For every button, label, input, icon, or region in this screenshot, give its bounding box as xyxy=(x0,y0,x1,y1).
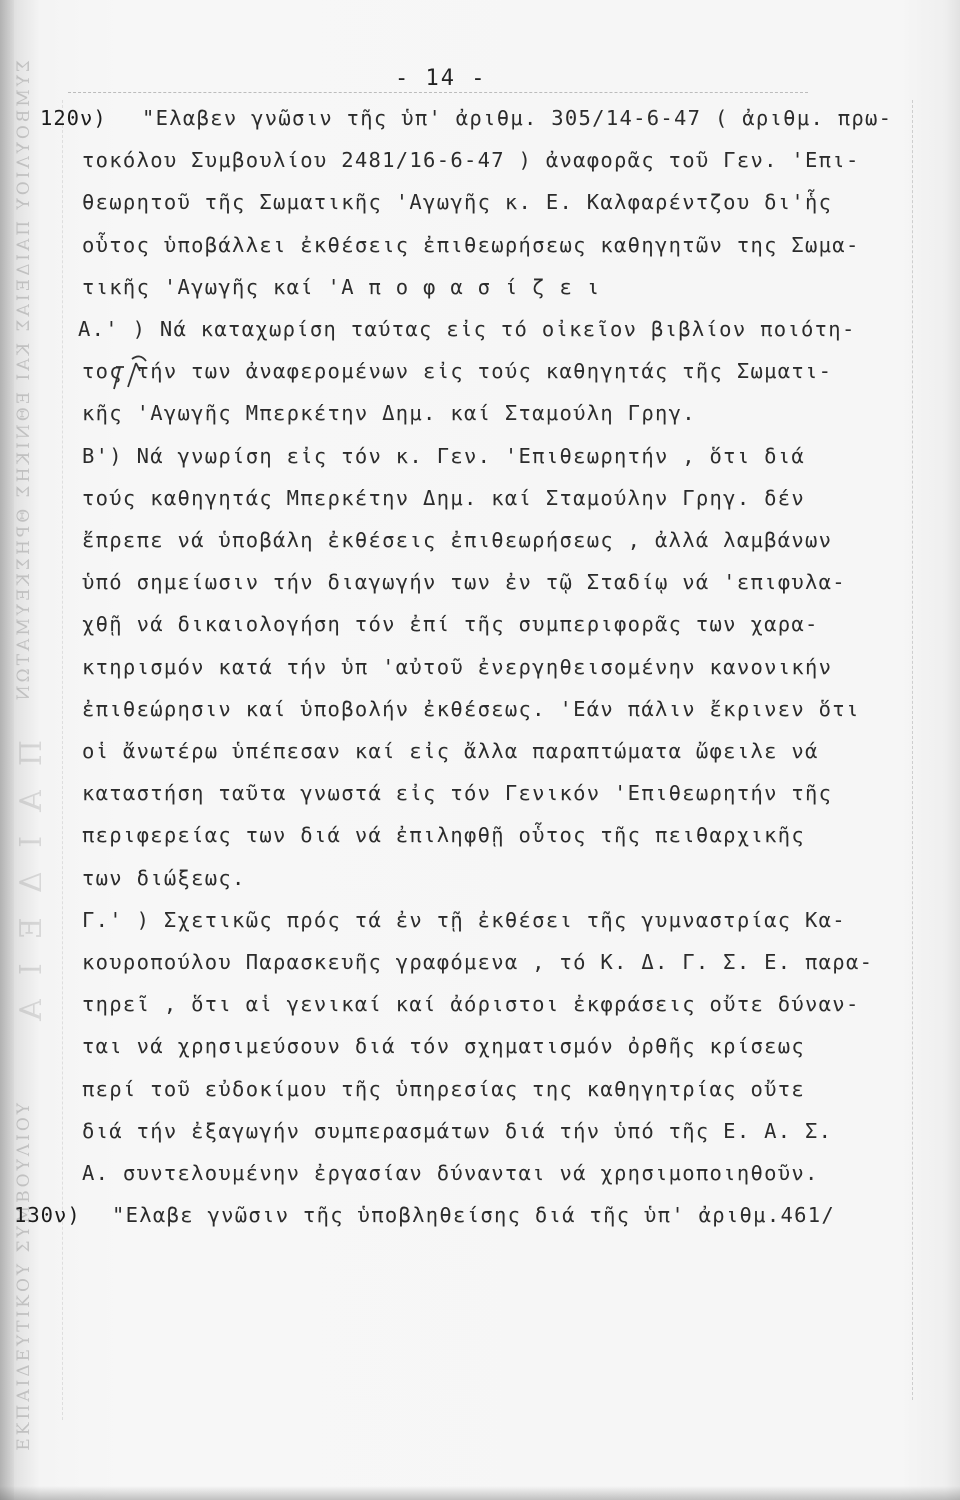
section-c-line: διά τήν ἐξαγωγήν συμπερασμάτων διά τήν ὑ… xyxy=(82,1121,832,1142)
section-b-line: ἐπιθεώρησιν καί ὑποβολήν ἐκθέσεως. 'Εάν … xyxy=(82,699,860,720)
section-a-line: Α.' ) Νά καταχωρίση ταύτας εἰς τό οἰκεῖο… xyxy=(78,319,856,340)
text-line: "Ελαβε γνῶσιν τῆς ὑποβληθείσης διά τῆς ὑ… xyxy=(112,1205,835,1226)
section-b-line: κτηρισμόν κατά τήν ὑπ 'αὐτοῦ ἐνεργηθεισο… xyxy=(82,657,832,678)
text-line: οὗτος ὑποβάλλει ἐκθέσεις ἐπιθεωρήσεως κα… xyxy=(82,235,860,256)
text-line: "Ελαβεν γνῶσιν τῆς ὑπ' ἀριθμ. 305/14-6-4… xyxy=(142,108,892,129)
section-b-line: ἔπρεπε νά ὑποβάλη ἐκθέσεις ἐπιθεωρήσεως … xyxy=(82,530,832,551)
page-edge-shadow xyxy=(0,1486,960,1500)
item-label-120: 120ν) xyxy=(40,108,107,129)
section-b-line: τούς καθηγητάς Μπερκέτην Δημ. καί Σταμού… xyxy=(82,488,805,509)
section-a-line: τος τήν των ἀναφερομένων εἰς τούς καθηγη… xyxy=(82,361,832,382)
section-b-line: καταστήση ταῦτα γνωστά εἰς τόν Γενικόν '… xyxy=(82,783,832,804)
section-b-line: ὑπό σημείωσιν τήν διαγωγήν των ἐν τῷ Στα… xyxy=(82,572,846,593)
right-margin-line xyxy=(912,100,914,1400)
section-c-line: περί τοῦ εὐδοκίμου τῆς ὑπηρεσίας της καθ… xyxy=(82,1079,805,1100)
section-c-line: ται νά χρησιμεύσουν διά τόν σχηματισμόν … xyxy=(82,1036,805,1057)
header-rule xyxy=(68,92,808,94)
section-b-line: Β') Νά γνωρίση εἰς τόν κ. Γεν. 'Επιθεωρη… xyxy=(82,446,805,467)
text-line: τοκόλου Συμβουλίου 2481/16-6-47 ) ἀναφορ… xyxy=(82,150,860,171)
section-c-line: κουροπούλου Παρασκευῆς γραφόμενα , τό Κ.… xyxy=(82,952,873,973)
scanned-document-page: ΣΥΜΒΟΥΛΙΟΥ ΠΑΙΔΕΙΑΣ ΚΑΙ ΕΘΝΙΚΗΣ ΘΡΗΣΚΕΥΜ… xyxy=(0,0,960,1500)
handwritten-correction-mark xyxy=(110,351,150,393)
margin-stamp-mid: ΠΑΙΔΕΙΑ xyxy=(14,740,49,1045)
margin-stamp-top: ΣΥΜΒΟΥΛΙΟΥ ΠΑΙΔΕΙΑΣ ΚΑΙ ΕΘΝΙΚΗΣ ΘΡΗΣΚΕΥΜ… xyxy=(14,60,34,703)
section-b-line: χθῇ νά δικαιολογήση τόν ἐπί τῆς συμπεριφ… xyxy=(82,614,819,635)
section-b-line: περιφερείας των διά νά ἐπιληφθῇ οὗτος τῆ… xyxy=(82,825,805,846)
margin-stamp-bottom: ΕΚΠΑΙΔΕΥΤΙΚΟΥ ΣΥΜΒΟΥΛΙΟΥ xyxy=(14,1100,34,1451)
item-label-130: 130ν) xyxy=(14,1205,81,1226)
text-line: θεωρητοῦ τῆς Σωματικῆς 'Αγωγῆς κ. Ε. Καλ… xyxy=(82,192,832,213)
section-c-line: Α. συντελουμένην ἐργασίαν δύνανται νά χρ… xyxy=(82,1163,819,1184)
section-c-line: Γ.' ) Σχετικῶς πρός τά ἐν τῇ ἐκθέσει τῆς… xyxy=(82,910,846,931)
page-number: - 14 - xyxy=(395,66,486,91)
section-b-line: οἱ ἄνωτέρω ὑπέπεσαν καί εἰς ἄλλα παραπτώ… xyxy=(82,741,819,762)
text-line: τικῆς 'Αγωγῆς καί 'Α π ο φ α σ ί ζ ε ι xyxy=(82,277,600,298)
section-a-line: κῆς 'Αγωγῆς Μπερκέτην Δημ. καί Σταμούλη … xyxy=(82,403,696,424)
section-b-line: των διώξεως. xyxy=(82,868,246,889)
binding-shadow xyxy=(0,0,14,1500)
section-c-line: τηρεῖ , ὅτι αἱ γενικαί καί ἀόριστοι ἐκφρ… xyxy=(82,994,860,1015)
